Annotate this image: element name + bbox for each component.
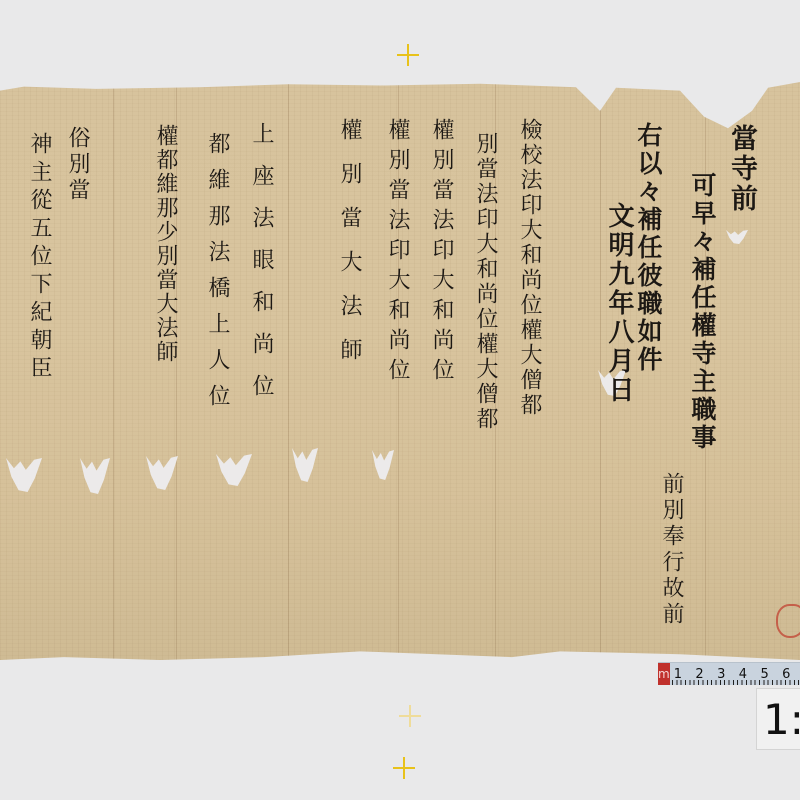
text-column-official: 權別當法印大和尚位: [386, 118, 408, 388]
document-paper: 當寺前 可早々補任權寺主職事 右以々補任彼職如件 文明九年八月日 檢校法印大和尚…: [0, 82, 800, 660]
registration-mark-top: [397, 44, 419, 66]
worm-hole: [146, 456, 178, 490]
text-column-official: 別當法印大和尚位權大僧都: [474, 132, 496, 432]
text-column-heading: 當寺前: [728, 124, 755, 214]
text-column-official: 權都維那少別當大法師: [154, 124, 176, 364]
worm-hole: [80, 458, 110, 494]
red-seal: [776, 604, 800, 638]
text-column-official: 檢校法印大和尚位權大僧都: [518, 118, 540, 418]
text-column-official: 權別當法印大和尚位: [430, 118, 452, 388]
ruler-ticks: [672, 680, 800, 685]
text-column-title: 可早々補任權寺主職事: [690, 172, 715, 452]
text-column-official: 神主從五位下紀朝臣: [28, 132, 50, 384]
worm-hole: [6, 458, 42, 492]
measuring-scale: m 1 2 3 4 5 6: [658, 662, 800, 685]
registration-mark-bottom-faint: [399, 705, 421, 727]
worm-hole: [216, 454, 252, 486]
signature: 前別奉行故前: [660, 472, 682, 628]
text-column-date: 文明九年八月日: [606, 202, 632, 405]
text-column-official: 都維那法橋上人位: [206, 132, 228, 420]
registration-mark-bottom: [393, 757, 415, 779]
worm-hole: [372, 450, 394, 480]
text-column-official: 上座法眼和尚位: [250, 122, 272, 416]
ruler-unit-label: m: [658, 663, 670, 685]
scale-ratio-card: 1:: [756, 688, 800, 750]
text-column-official: 權別當大法師: [338, 118, 360, 382]
text-column-body: 右以々補任彼職如件: [636, 122, 661, 374]
worm-hole: [726, 230, 748, 244]
text-column-official: 俗別當: [66, 126, 88, 204]
worm-hole: [292, 448, 318, 482]
